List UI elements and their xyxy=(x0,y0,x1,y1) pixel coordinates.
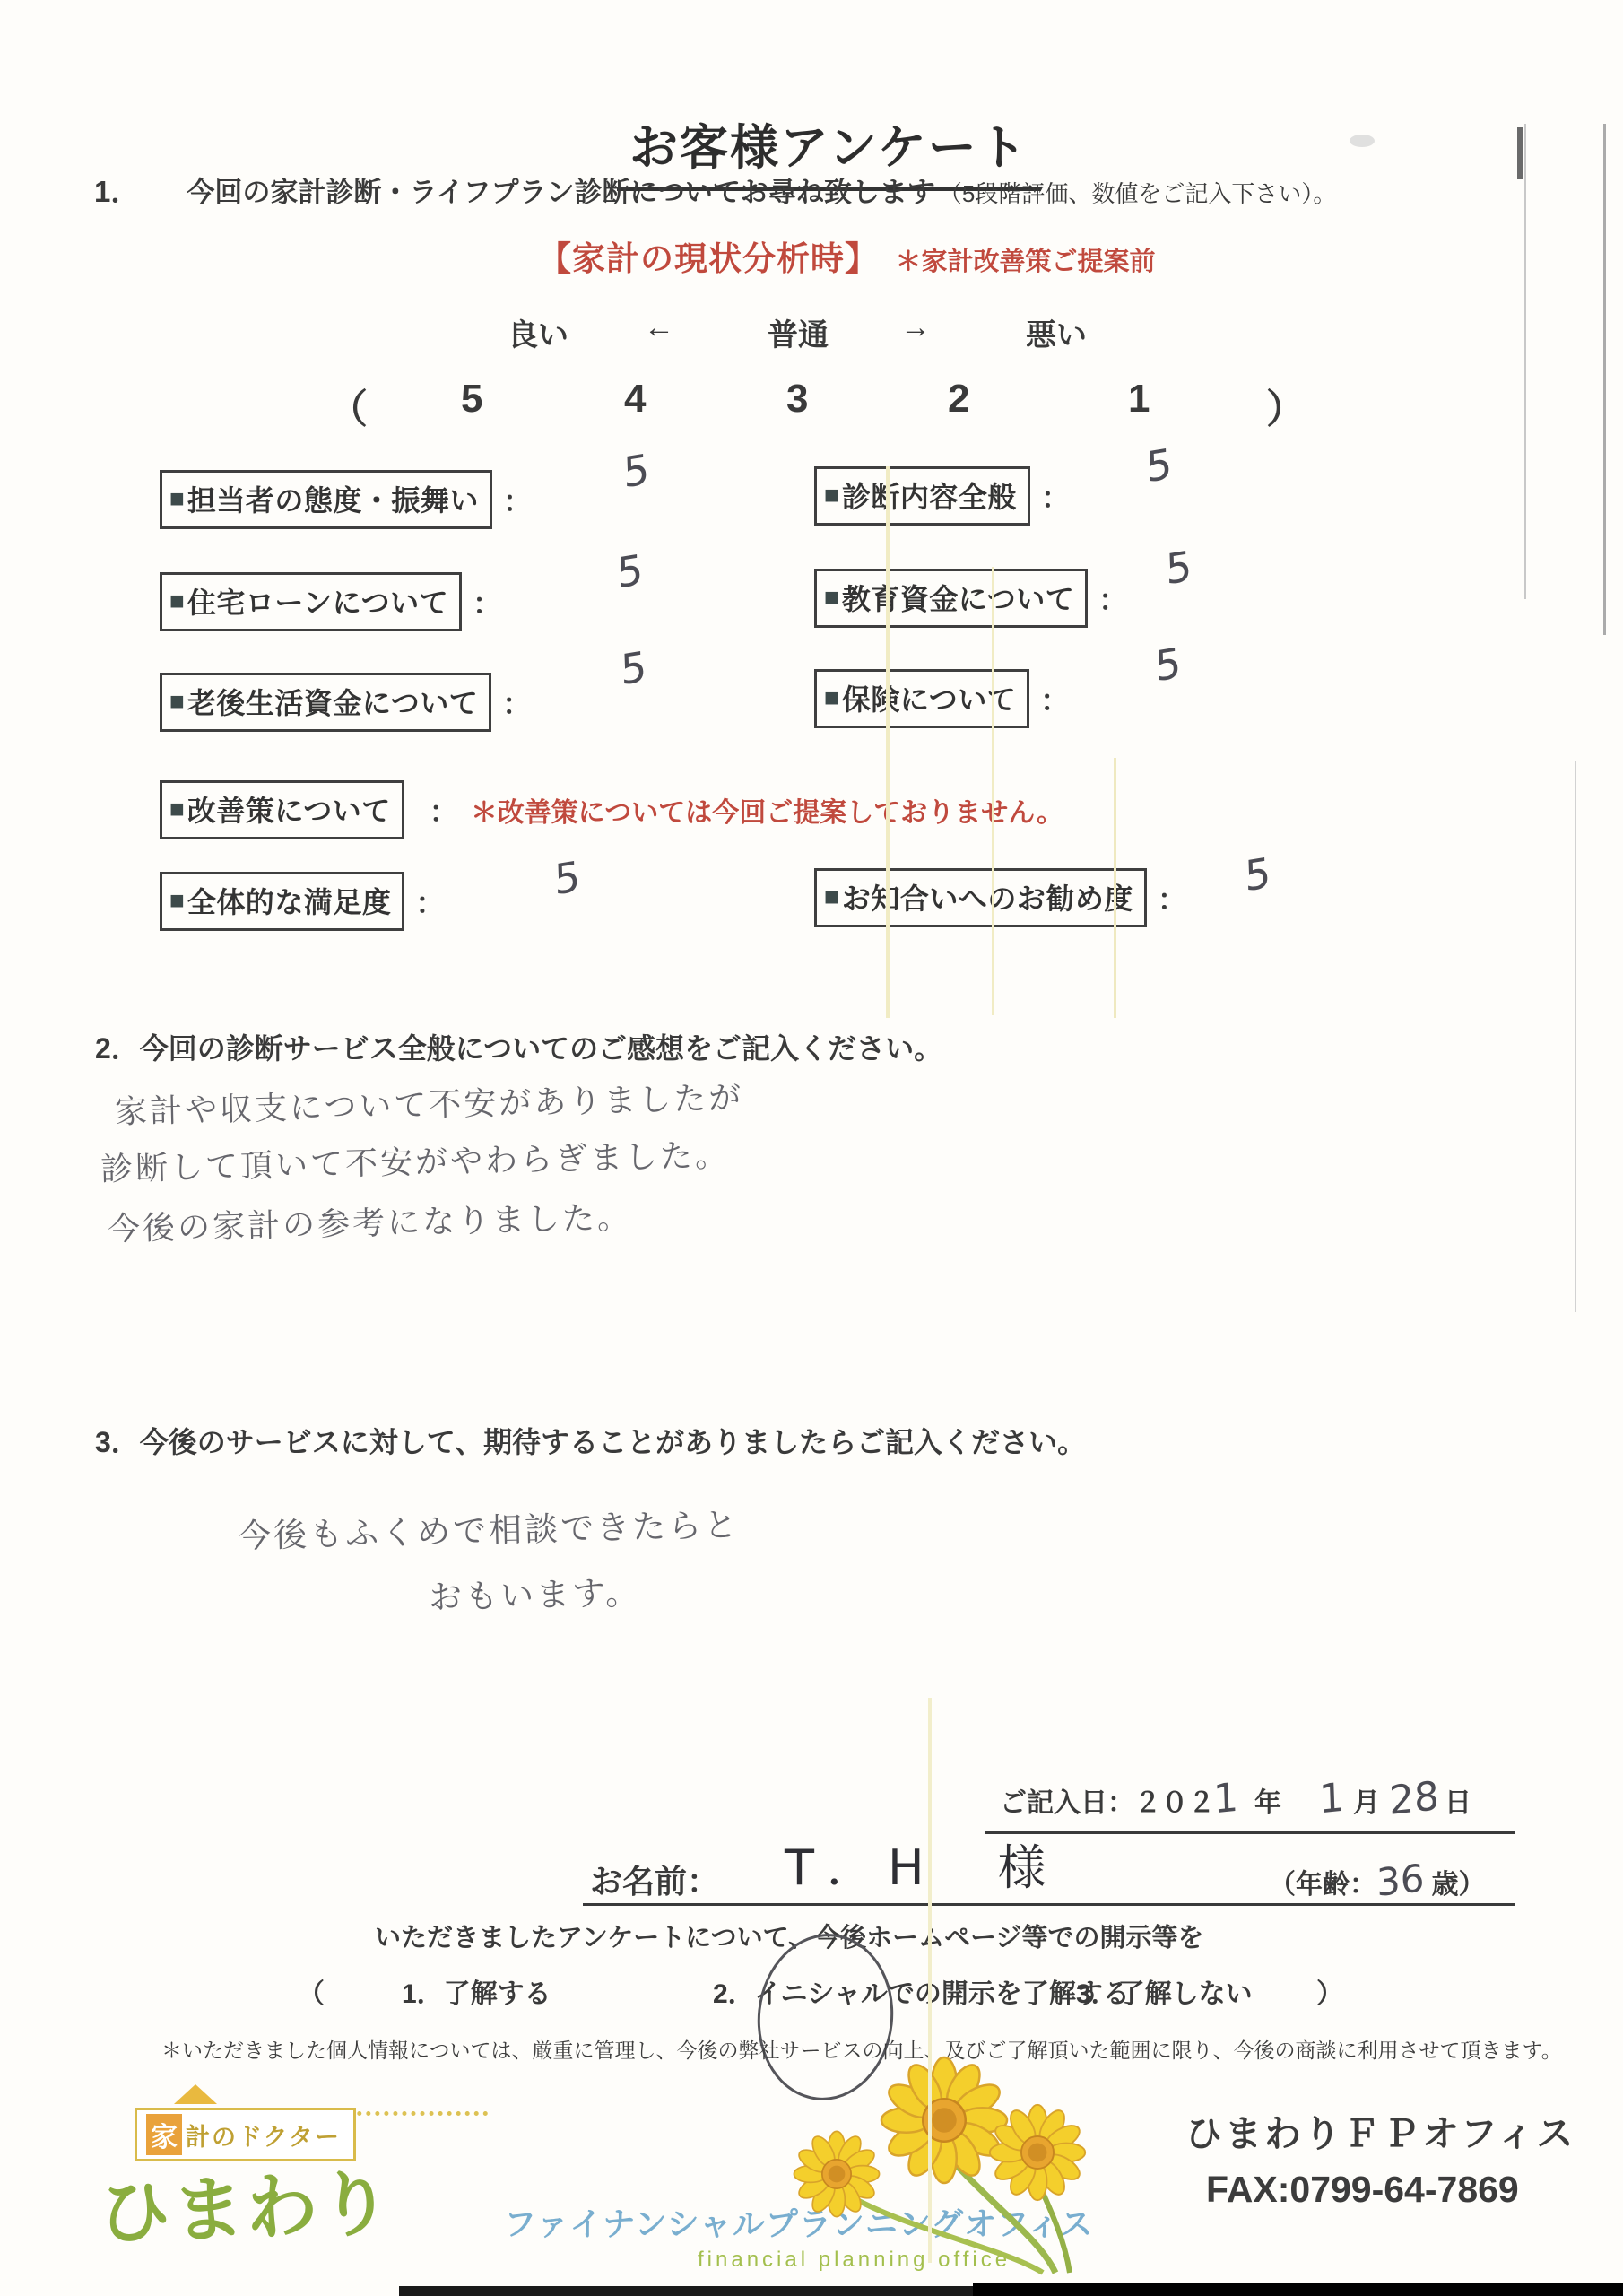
scale-arrow-left-icon: ← xyxy=(644,310,674,345)
logo-tagline-rest: 計のドクター xyxy=(186,2118,341,2152)
handwritten-score: 5 xyxy=(616,545,644,598)
rating-label: お知合いへのお勧め度 xyxy=(842,876,1133,918)
q2-answer-line: 家計や収支について不安がありましたが xyxy=(115,1073,744,1133)
rating-row-diagnosis: ■ 診断内容全般 ： xyxy=(814,466,1070,526)
bullet-square-icon: ■ xyxy=(824,884,839,909)
bullet-square-icon: ■ xyxy=(824,483,839,508)
date-label: ご記入日：２０２ xyxy=(1000,1780,1215,1820)
scale-bad: 悪い xyxy=(1026,310,1087,354)
sunflower-illustration xyxy=(767,2047,1107,2275)
scale-3: 3 xyxy=(786,377,808,422)
disclosure-paren-close: ） xyxy=(1316,1971,1343,2011)
bullet-square-icon: ■ xyxy=(169,486,185,511)
handwritten-month: 1 xyxy=(1318,1774,1345,1822)
handwritten-name: T．H 様 xyxy=(785,1830,1059,1899)
rating-box: ■ 改善策について xyxy=(160,780,404,839)
rating-label: 担当者の態度・振舞い xyxy=(187,478,479,519)
disclosure-option-1: 1．了解する xyxy=(402,1971,551,2011)
q1-number: 1． xyxy=(94,169,140,211)
q2-answer-line: 診断して頂いて不安がやわらぎました。 xyxy=(100,1130,731,1190)
survey-page: お客様アンケート 1． 今回の家計診断・ライフプラン診断についてお尋ね致します … xyxy=(0,0,1623,2296)
q3-heading: 3．今後のサービスに対して、期待することがありましたらご記入ください。 xyxy=(95,1420,1086,1461)
scale-arrow-right-icon: → xyxy=(900,310,931,345)
scan-artifact-dark-dash xyxy=(1517,127,1523,179)
q2-heading: 2．今回の診断サービス全般についてのご感想をご記入ください。 xyxy=(95,1026,942,1067)
q3-answer-line: おもいます。 xyxy=(428,1565,641,1618)
handwritten-year-digit: 1 xyxy=(1212,1774,1239,1822)
rating-label: 保険について xyxy=(842,677,1016,718)
q1-question-note: （5段階評価、数値をご記入下さい）。 xyxy=(939,176,1336,209)
rating-row-attitude: ■ 担当者の態度・振舞い ： xyxy=(160,470,532,529)
rating-label: 全体的な満足度 xyxy=(187,880,392,921)
bullet-square-icon: ■ xyxy=(169,689,185,714)
date-underline xyxy=(985,1831,1515,1834)
handwritten-score: 5 xyxy=(620,642,647,695)
handwritten-age: 36 xyxy=(1376,1856,1425,1905)
rating-box: ■ お知合いへのお勧め度 xyxy=(814,868,1147,927)
logo-tagline-ie: 家 xyxy=(146,2114,182,2155)
rating-label: 教育資金について xyxy=(842,577,1074,618)
scale-paren-open: （ xyxy=(328,377,368,434)
day-unit: 日 xyxy=(1445,1780,1471,1820)
month-unit: 月 xyxy=(1353,1780,1380,1820)
scan-artifact-gray-line xyxy=(1524,124,1526,599)
rating-colon: ： xyxy=(473,581,501,622)
age-prefix: （年齢： xyxy=(1269,1862,1376,1901)
age-suffix: 歳） xyxy=(1431,1862,1485,1901)
scan-edge-bar xyxy=(399,2286,1623,2296)
scale-1: 1 xyxy=(1128,377,1150,422)
q1-question: 今回の家計診断・ライフプラン診断についてお尋ね致します xyxy=(187,170,935,210)
rating-colon: ： xyxy=(430,789,458,831)
rating-box: ■ 診断内容全般 xyxy=(814,466,1030,526)
name-label: お名前： xyxy=(590,1857,719,1902)
rating-label: 老後生活資金について xyxy=(187,681,478,722)
q2-answer-line: 今後の家計の参考になりました。 xyxy=(107,1192,632,1249)
rating-row-retirement: ■ 老後生活資金について ： xyxy=(160,673,531,732)
handwritten-day: 28 xyxy=(1388,1773,1439,1824)
rating-colon: ： xyxy=(1098,578,1127,619)
handwritten-score: 5 xyxy=(1165,542,1193,595)
scale-5: 5 xyxy=(461,377,482,422)
logo-brand-text: ひまわり xyxy=(97,2145,395,2258)
rating-box: ■ 老後生活資金について xyxy=(160,673,491,732)
scan-edge-bar xyxy=(973,2283,1623,2296)
scale-paren-close: ） xyxy=(1266,377,1306,434)
age-row: （年齢： 36 歳） xyxy=(1269,1858,1485,1902)
bullet-square-icon: ■ xyxy=(169,796,185,822)
scale-good: 良い xyxy=(508,310,568,354)
rating-box: ■ 保険について xyxy=(814,669,1029,728)
scan-artifact-smudge xyxy=(1350,135,1375,147)
rating-colon: ： xyxy=(415,881,444,922)
rating-colon: ： xyxy=(1158,877,1186,918)
rating-colon: ： xyxy=(1040,678,1069,719)
bullet-square-icon: ■ xyxy=(169,888,185,913)
rating-label: 改善策について xyxy=(187,788,391,830)
rating-row-improvement: ■ 改善策について ： ＊改善策については今回ご提案しておりません。 xyxy=(160,780,1063,839)
rating-row-education: ■ 教育資金について ： xyxy=(814,569,1127,628)
improvement-note: ＊改善策については今回ご提案しておりません。 xyxy=(471,790,1063,830)
handwritten-score: 5 xyxy=(622,445,650,498)
handwritten-score: 5 xyxy=(553,852,581,905)
red-heading: 【家計の現状分析時】 xyxy=(538,240,879,277)
scan-artifact-gray-line xyxy=(1575,761,1576,1312)
name-underline xyxy=(583,1903,1515,1906)
scale-4: 4 xyxy=(624,377,646,422)
rating-row-mortgage: ■ 住宅ローンについて ： xyxy=(160,572,501,631)
rating-colon: ： xyxy=(1041,475,1070,517)
bullet-square-icon: ■ xyxy=(169,588,185,613)
handwritten-score: 5 xyxy=(1154,639,1182,691)
scale-normal: 普通 xyxy=(768,310,829,354)
rating-box: ■ 担当者の態度・振舞い xyxy=(160,470,492,529)
handwritten-score: 5 xyxy=(1145,439,1173,492)
scan-artifact-yellow-line xyxy=(886,466,890,1018)
bullet-square-icon: ■ xyxy=(824,585,839,610)
handwritten-score: 5 xyxy=(1244,848,1271,901)
rating-row-recommend: ■ お知合いへのお勧め度 ： xyxy=(814,868,1186,927)
rating-label: 住宅ローンについて xyxy=(187,580,448,622)
bullet-square-icon: ■ xyxy=(824,685,839,710)
rating-box: ■ 住宅ローンについて xyxy=(160,572,462,631)
rating-row-insurance: ■ 保険について ： xyxy=(814,669,1069,728)
office-fax: FAX:0799-64-7869 xyxy=(1206,2169,1519,2211)
q3-answer-line: 今後もふくめで相談できたらと xyxy=(237,1498,740,1558)
disclosure-option-3: 3．了解しない xyxy=(1076,1971,1253,2011)
rating-row-satisfaction: ■ 全体的な満足度 ： xyxy=(160,872,444,931)
disclosure-paren-open: （ xyxy=(298,1971,325,2011)
rating-box: ■ 教育資金について xyxy=(814,569,1088,628)
date-row: ご記入日：２０２ 1 年 1 月 28 日 xyxy=(1000,1776,1471,1822)
scale-2: 2 xyxy=(948,377,969,422)
year-unit: 年 xyxy=(1254,1780,1281,1820)
house-roof-icon xyxy=(174,2084,217,2104)
scan-artifact-gray-line xyxy=(1603,124,1606,635)
rating-box: ■ 全体的な満足度 xyxy=(160,872,404,931)
q1-heading: 1． 今回の家計診断・ライフプラン診断についてお尋ね致します （5段階評価、数値… xyxy=(94,169,1336,211)
office-name: ひまわりＦＰオフィス xyxy=(1185,2104,1576,2157)
rating-colon: ： xyxy=(502,682,531,723)
red-subnote: ＊家計改善策ご提案前 xyxy=(895,248,1155,276)
rating-label: 診断内容全般 xyxy=(842,474,1017,516)
rating-colon: ： xyxy=(503,479,532,520)
q1-red-heading-row: 【家計の現状分析時】 ＊家計改善策ご提案前 xyxy=(538,231,1155,280)
